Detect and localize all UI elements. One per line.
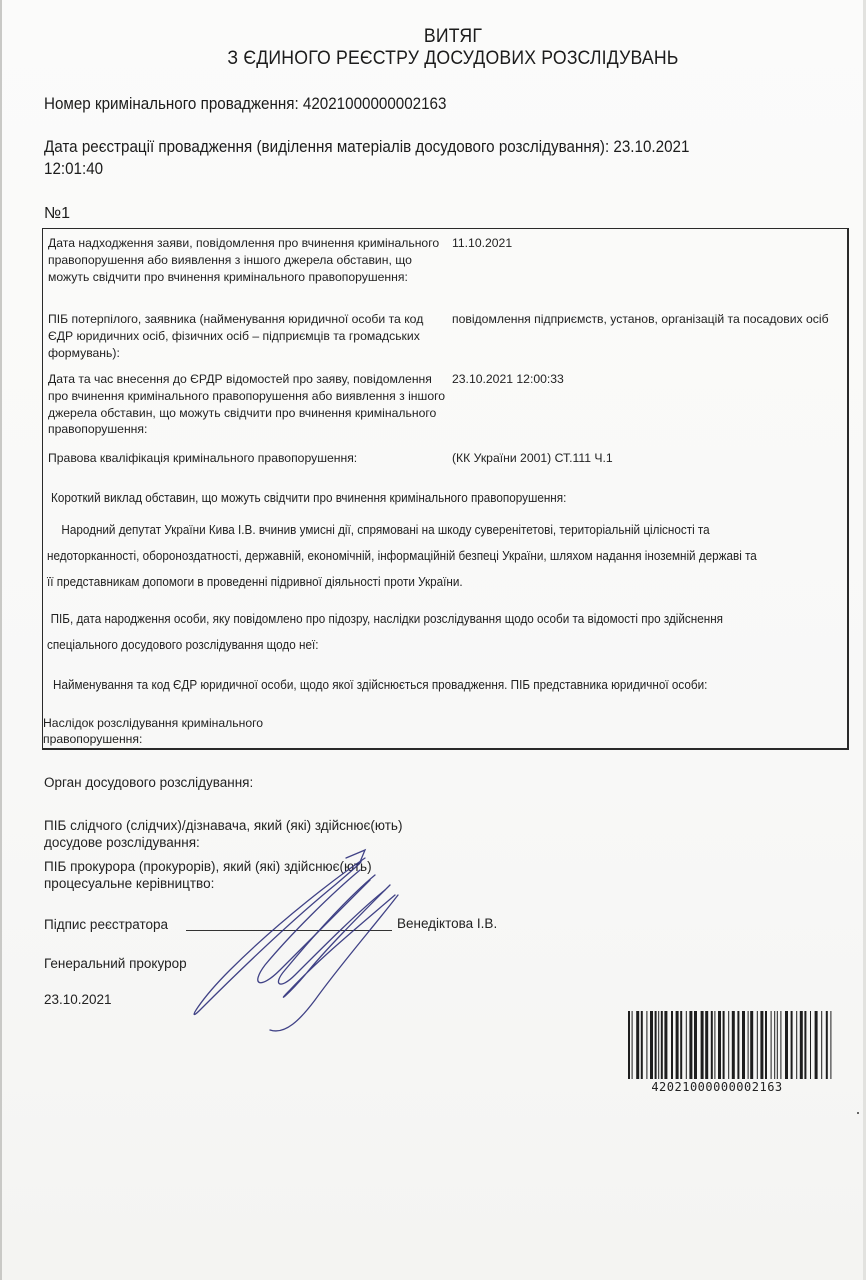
record-table: Дата надходження заяви, повідомлення про… xyxy=(42,228,849,750)
row-value-legal-qualification: (КК України 2001) СТ.111 Ч.1 xyxy=(452,450,847,467)
document-date: 23.10.2021 xyxy=(44,991,112,1008)
row-value-victim: повідомлення підприємств, установ, орган… xyxy=(452,311,847,328)
case-number: Номер кримінального провадження: 4202100… xyxy=(44,95,446,114)
registrar-signature-label: Підпис реєстратора xyxy=(44,916,168,933)
registration-time: 12:01:40 xyxy=(44,160,103,179)
handwritten-signature-icon xyxy=(160,840,430,1040)
summary-heading: Короткий виклад обставин, що можуть свід… xyxy=(51,490,566,507)
page-speck xyxy=(857,1112,859,1114)
barcode-number: 42021000000002163 xyxy=(626,1080,808,1094)
row-label-victim: ПІБ потерпілого, заявника (найменування … xyxy=(48,311,448,361)
summary-line: недоторканності, обороноздатності, держа… xyxy=(47,543,757,569)
suspect-line: спеціального досудового розслідування що… xyxy=(47,632,723,658)
summary-line: Народний депутат України Кива І.В. вчини… xyxy=(47,517,757,543)
row-label-legal-qualification: Правова кваліфікація кримінального право… xyxy=(48,450,448,467)
row-value-receipt-date: 11.10.2021 xyxy=(452,235,847,252)
investigator-line: ПІБ слідчого (слідчих)/дізнавача, який (… xyxy=(44,817,402,834)
investigation-result: Наслідок розслідування кримінального пра… xyxy=(43,715,263,747)
page-edge-left xyxy=(0,0,2,1280)
suspect-line: ПІБ, дата народження особи, яку повідомл… xyxy=(47,606,723,632)
registration-date: Дата реєстрації провадження (виділення м… xyxy=(44,138,689,157)
row-value-entry-datetime: 23.10.2021 12:00:33 xyxy=(452,371,847,388)
barcode-icon xyxy=(626,1011,836,1079)
row-label-receipt-date: Дата надходження заяви, повідомлення про… xyxy=(48,235,448,285)
investigation-body-label: Орган досудового розслідування: xyxy=(44,774,253,791)
row-label-entry-datetime: Дата та час внесення до ЄРДР відомостей … xyxy=(48,371,448,438)
document-page: ВИТЯГ З ЄДИНОГО РЕЄСТРУ ДОСУДОВИХ РОЗСЛІ… xyxy=(0,0,866,1280)
document-subtitle: З ЄДИНОГО РЕЄСТРУ ДОСУДОВИХ РОЗСЛІДУВАНЬ xyxy=(50,48,855,70)
summary-line: її представникам допомоги в проведенні п… xyxy=(47,569,757,595)
summary-text: Народний депутат України Кива І.В. вчини… xyxy=(47,517,757,595)
document-title: ВИТЯГ xyxy=(50,26,855,48)
result-line: Наслідок розслідування кримінального xyxy=(43,715,263,731)
result-line: правопорушення: xyxy=(43,731,263,747)
suspect-info: ПІБ, дата народження особи, яку повідомл… xyxy=(47,606,723,658)
entry-number: №1 xyxy=(44,205,70,223)
legal-entity-info: Найменування та код ЄДР юридичної особи,… xyxy=(53,677,707,694)
